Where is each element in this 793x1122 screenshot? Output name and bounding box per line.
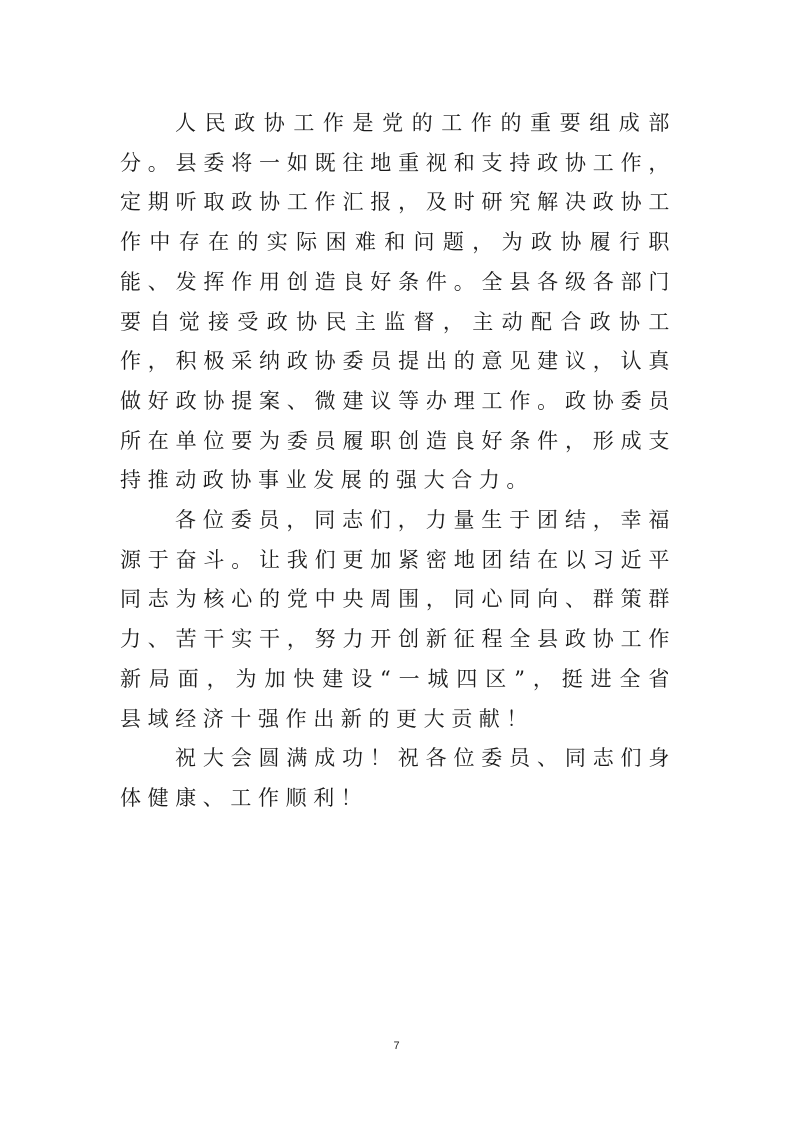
document-body: 人民政协工作是党的工作的重要组成部分。县委将一如既往地重视和支持政协工作，定期听… — [120, 104, 676, 819]
paragraph-closing-wishes: 祝大会圆满成功！祝各位委员、同志们身体健康、工作顺利！ — [120, 739, 676, 818]
paragraph-unity-call: 各位委员，同志们，力量生于团结，幸福源于奋斗。让我们更加紧密地团结在以习近平同志… — [120, 501, 676, 739]
paragraph-cppcc-support: 人民政协工作是党的工作的重要组成部分。县委将一如既往地重视和支持政协工作，定期听… — [120, 104, 676, 501]
document-page: 人民政协工作是党的工作的重要组成部分。县委将一如既往地重视和支持政协工作，定期听… — [0, 0, 793, 1122]
page-number: 7 — [0, 1040, 793, 1052]
